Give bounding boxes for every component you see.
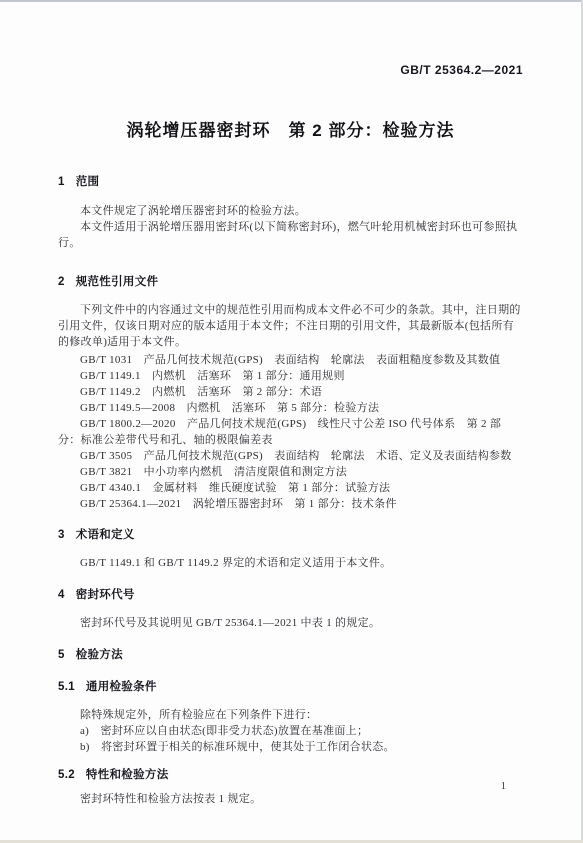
section-heading-5: 5检验方法	[58, 647, 523, 663]
reference-item: GB/T 3505 产品几何技术规范(GPS) 表面结构 轮廓法 术语、定义及表…	[58, 448, 523, 464]
reference-item: GB/T 1149.5—2008 内燃机 活塞环 第 5 部分：检验方法	[58, 400, 523, 416]
section-label: 特性和检验方法	[86, 769, 169, 781]
section-heading-1: 1范围	[58, 174, 523, 190]
section-heading-2: 2规范性引用文件	[58, 274, 523, 290]
reference-item: GB/T 1149.2 内燃机 活塞环 第 2 部分：术语	[58, 384, 523, 400]
section-number: 4	[58, 587, 65, 603]
section-heading-3: 3术语和定义	[58, 527, 523, 543]
section-number: 5.2	[58, 767, 75, 783]
list-item: b) 将密封环置于相关的标准环规中，使其处于工作闭合状态。	[58, 739, 523, 755]
reference-item: GB/T 4340.1 金属材料 维氏硬度试验 第 1 部分：试验方法	[58, 480, 523, 496]
page-number: 1	[501, 781, 506, 792]
document-title: 涡轮增压器密封环 第 2 部分：检验方法	[58, 120, 523, 142]
reference-item: GB/T 1800.2—2020 产品几何技术规范(GPS) 线性尺寸公差 IS…	[58, 416, 523, 448]
document-page: GB/T 25364.2—2021 涡轮增压器密封环 第 2 部分：检验方法 1…	[0, 0, 583, 843]
section-label: 术语和定义	[76, 529, 135, 541]
section-number: 5	[58, 647, 65, 663]
reference-item: GB/T 1031 产品几何技术规范(GPS) 表面结构 轮廓法 表面粗糙度参数…	[58, 352, 523, 368]
section-heading-5-1: 5.1通用检验条件	[58, 679, 523, 695]
condition-list: a) 密封环应以自由状态(即非受力状态)放置在基准面上； b) 将密封环置于相关…	[58, 723, 523, 755]
section-heading-5-2: 5.2特性和检验方法	[58, 767, 523, 783]
paragraph: 除特殊规定外，所有检验应在下列条件下进行：	[58, 707, 523, 723]
list-item: a) 密封环应以自由状态(即非受力状态)放置在基准面上；	[58, 723, 523, 739]
section-label: 规范性引用文件	[76, 276, 159, 288]
paragraph: GB/T 1149.1 和 GB/T 1149.2 界定的术语和定义适用于本文件…	[58, 555, 523, 571]
section-label: 通用检验条件	[86, 681, 157, 693]
standard-code: GB/T 25364.2—2021	[58, 62, 523, 78]
section-number: 2	[58, 274, 65, 290]
section-number: 3	[58, 527, 65, 543]
paragraph: 密封环特性和检验方法按表 1 规定。	[58, 791, 523, 807]
reference-list: GB/T 1031 产品几何技术规范(GPS) 表面结构 轮廓法 表面粗糙度参数…	[58, 352, 523, 512]
section-number: 5.1	[58, 679, 75, 695]
paragraph: 本文件规定了涡轮增压器密封环的检验方法。	[58, 203, 523, 219]
section-label: 范围	[76, 176, 100, 188]
reference-item: GB/T 1149.1 内燃机 活塞环 第 1 部分：通用规则	[58, 368, 523, 384]
section-label: 密封环代号	[76, 589, 135, 601]
reference-item: GB/T 3821 中小功率内燃机 清洁度限值和测定方法	[58, 464, 523, 480]
paragraph: 本文件适用于涡轮增压器用密封环(以下简称密封环)，燃气叶轮用机械密封环也可参照执…	[58, 219, 523, 251]
paragraph: 下列文件中的内容通过文中的规范性引用而构成本文件必不可少的条款。其中，注日期的引…	[58, 302, 523, 350]
section-number: 1	[58, 174, 65, 190]
section-label: 检验方法	[76, 649, 123, 661]
paragraph: 密封环代号及其说明见 GB/T 25364.1—2021 中表 1 的规定。	[58, 615, 523, 631]
section-heading-4: 4密封环代号	[58, 587, 523, 603]
page-content: GB/T 25364.2—2021 涡轮增压器密封环 第 2 部分：检验方法 1…	[58, 0, 523, 807]
reference-item: GB/T 25364.1—2021 涡轮增压器密封环 第 1 部分：技术条件	[58, 496, 523, 512]
